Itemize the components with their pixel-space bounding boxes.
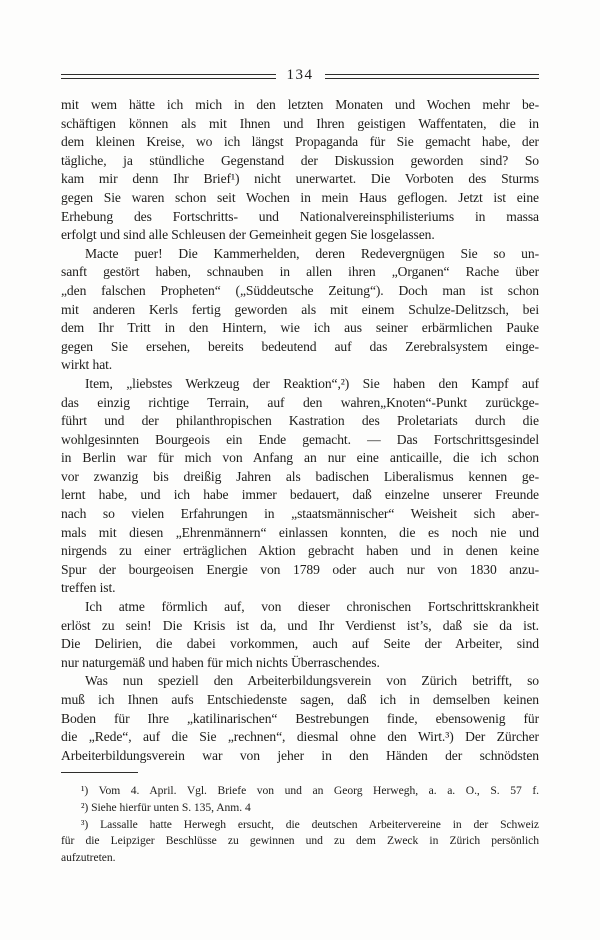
text-line: gegen Sie waren schon seit Wochen in mei… (61, 189, 539, 208)
text-line: lernt habe, und ich habe immer bedauert,… (61, 486, 539, 505)
paragraph: Ich atme förmlich auf, von dieser chroni… (61, 598, 539, 672)
footnote: ¹) Vom 4. April. Vgl. Briefe von und an … (61, 783, 539, 800)
footnote: ³) Lassalle hatte Herwegh ersucht, die d… (61, 817, 539, 867)
text-line: treffen ist. (61, 579, 539, 598)
text-line: Spur der bourgeoisen Energie von 1789 od… (61, 561, 539, 580)
text-line: tägliche, ja stündliche Gegenstand der D… (61, 152, 539, 171)
header-rule-right (325, 74, 540, 79)
text-line: erlöst zu sein! Die Krisis ist da, und I… (61, 617, 539, 636)
text-line: wirkt hat. (61, 356, 539, 375)
text-line: Boden für Ihre „katilinarischen“ Bestreb… (61, 710, 539, 729)
text-line: schäftigen können als mit Ihnen und Ihre… (61, 115, 539, 134)
text-line: das einzig richtige Terrain, auf den wah… (61, 394, 539, 413)
text-line: sanft gestört haben, schnauben in allen … (61, 263, 539, 282)
paragraph: Was nun speziell den Arbeiterbildungsver… (61, 672, 539, 765)
text-line: gegen Sie ersehen, bereits bedeutend auf… (61, 338, 539, 357)
text-line: Ich atme förmlich auf, von dieser chroni… (61, 598, 539, 617)
paragraph: Macte puer! Die Kammerhelden, deren Rede… (61, 245, 539, 375)
text-line: „den falschen Propheten“ („Süddeutsche Z… (61, 282, 539, 301)
text-line: ¹) Vom 4. April. Vgl. Briefe von und an … (61, 783, 539, 800)
text-line: Item, „liebstes Werkzeug der Reaktion“,²… (61, 375, 539, 394)
text-line: erfolgt und sind alle Schleusen der Geme… (61, 226, 539, 245)
book-page: 134 mit wem hätte ich mich in den letzte… (0, 0, 600, 940)
page-header: 134 (0, 69, 600, 84)
text-line: in Berlin war für mich von Anfang an nur… (61, 449, 539, 468)
text-line: die „Rede“, auf die Sie „rechnen“, diesm… (61, 728, 539, 747)
text-line: nirgends zu einer erträglichen Aktion ge… (61, 542, 539, 561)
text-line: vor zwanzig bis dreißig Jahren als badis… (61, 468, 539, 487)
paragraph: Item, „liebstes Werkzeug der Reaktion“,²… (61, 375, 539, 598)
footnote: ²) Siehe hierfür unten S. 135, Anm. 4 (61, 800, 539, 817)
text-line: Die Delirien, die dabei vorkommen, auch … (61, 635, 539, 654)
header-rule-left (61, 74, 276, 79)
page-body: mit wem hätte ich mich in den letzten Mo… (0, 96, 600, 765)
text-line: wohlgesinnten Bourgeois ein Ende gemacht… (61, 431, 539, 450)
paragraph: mit wem hätte ich mich in den letzten Mo… (61, 96, 539, 245)
text-line: führt und der philanthropischen Kastrati… (61, 412, 539, 431)
text-line: für die Leipziger Beschlüsse zu gewinnen… (61, 833, 539, 850)
footnotes-section: ¹) Vom 4. April. Vgl. Briefe von und an … (0, 783, 600, 866)
text-line: mit wem hätte ich mich in den letzten Mo… (61, 96, 539, 115)
text-line: Erhebung des Fortschritts- und Nationalv… (61, 208, 539, 227)
text-line: dem kleinen Kreise, wo ich längst Propag… (61, 133, 539, 152)
text-line: muß ich Ihnen aufs Entschiedenste sagen,… (61, 691, 539, 710)
text-line: mit anderen Kerls fertig geworden als mi… (61, 301, 539, 320)
footnote-separator-rule (61, 772, 138, 773)
text-line: kam mir denn Ihr Brief¹) nicht unerwarte… (61, 170, 539, 189)
text-line: aufzutreten. (61, 850, 539, 867)
page-number: 134 (287, 68, 314, 83)
text-line: ²) Siehe hierfür unten S. 135, Anm. 4 (61, 800, 539, 817)
text-line: nur naturgemäß und haben für mich nichts… (61, 654, 539, 673)
text-line: nach so vielen Erfahrungen in „staatsmän… (61, 505, 539, 524)
text-line: dem Ihr Tritt in den Hintern, wie ich au… (61, 319, 539, 338)
text-line: Was nun speziell den Arbeiterbildungsver… (61, 672, 539, 691)
text-line: Macte puer! Die Kammerhelden, deren Rede… (61, 245, 539, 264)
text-line: Arbeiterbildungsverein war von jeher in … (61, 747, 539, 766)
text-line: ³) Lassalle hatte Herwegh ersucht, die d… (61, 817, 539, 834)
text-line: mals mit diesen „Ehrenmännern“ einlassen… (61, 524, 539, 543)
